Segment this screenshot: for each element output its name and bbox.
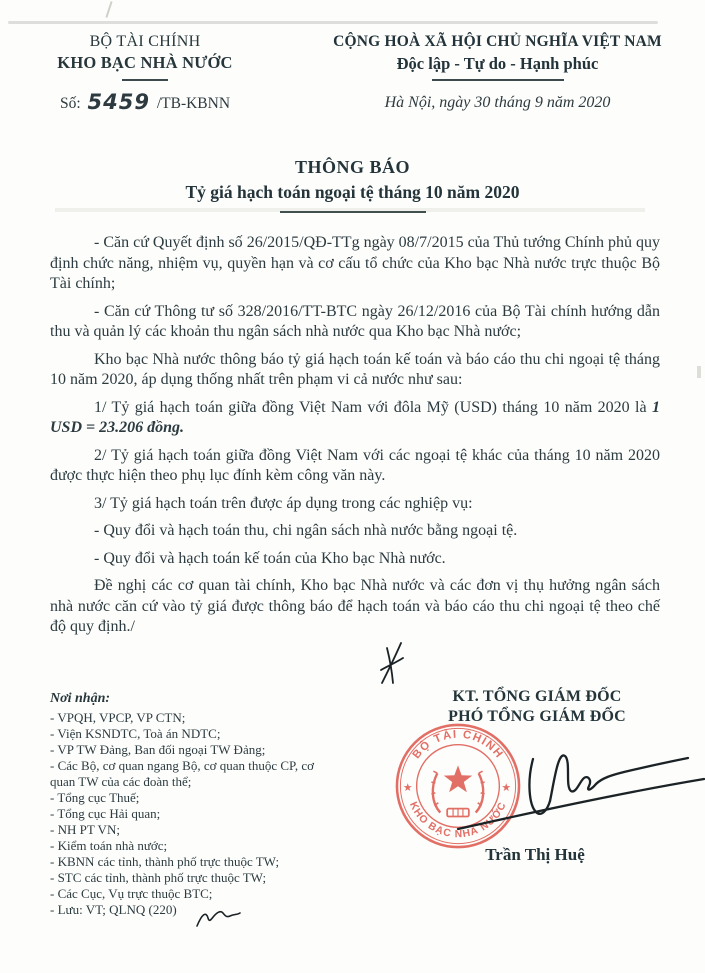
recipient-item: - VP TW Đảng, Ban đối ngoại TW Đảng; xyxy=(50,742,342,758)
document-title: THÔNG BÁO xyxy=(0,157,705,178)
recipient-item: - VPQH, VPCP, VP CTN; xyxy=(50,710,342,726)
document-number-line: Số: 5459 /TB-KBNN xyxy=(0,90,290,114)
document-number-handwritten: 5459 xyxy=(85,90,153,114)
paragraph-legal-basis-1: - Căn cứ Quyết định số 26/2015/QĐ-TTg ng… xyxy=(50,233,660,295)
scan-artifact-right-mark xyxy=(697,366,701,378)
recipient-item: - Kiểm toán nhà nước; xyxy=(50,838,342,854)
scan-artifact-diagonal-mark xyxy=(105,1,112,18)
handwritten-signature xyxy=(430,737,705,847)
recipient-item: - Viện KSNDTC, Toà án NDTC; xyxy=(50,726,342,742)
scan-artifact-top-line xyxy=(8,21,658,24)
paragraph-legal-basis-2: - Căn cứ Thông tư số 328/2016/TT-BTC ngà… xyxy=(50,302,660,343)
recipient-item: - STC các tỉnh, thành phố trực thuộc TW; xyxy=(50,870,342,886)
document-body: - Căn cứ Quyết định số 26/2015/QĐ-TTg ng… xyxy=(50,233,660,645)
agency-name: KHO BẠC NHÀ NƯỚC xyxy=(0,53,290,73)
document-page: BỘ TÀI CHÍNH KHO BẠC NHÀ NƯỚC Số: 5459 /… xyxy=(0,0,705,973)
paragraph-usd-rate: 1/ Tỷ giá hạch toán giữa đồng Việt Nam v… xyxy=(50,398,660,439)
paragraph-other-currencies: 2/ Tỷ giá hạch toán giữa đồng Việt Nam v… xyxy=(50,446,660,487)
place-and-date: Hà Nội, ngày 30 tháng 9 năm 2020 xyxy=(290,94,705,112)
parent-agency-name: BỘ TÀI CHÍNH xyxy=(0,33,290,51)
document-number-label: Số: xyxy=(60,95,81,112)
recipient-item: - Tổng cục Hải quan; xyxy=(50,806,342,822)
signature-title-block: KT. TỔNG GIÁM ĐỐC PHÓ TỔNG GIÁM ĐỐC xyxy=(392,688,682,726)
recipient-item: - Các Cục, Vụ trực thuộc BTC; xyxy=(50,886,342,902)
usd-rate-prefix: 1/ Tỷ giá hạch toán giữa đồng Việt Nam v… xyxy=(94,399,652,416)
national-motto: Độc lập - Tự do - Hạnh phúc xyxy=(290,54,705,74)
national-title: CỘNG HOÀ XÃ HỘI CHỦ NGHĨA VIỆT NAM xyxy=(290,33,705,51)
paragraph-application-item-1: - Quy đổi và hạch toán thu, chi ngân sác… xyxy=(50,521,660,542)
handwritten-end-flourish xyxy=(379,640,405,686)
paragraph-application: 3/ Tỷ giá hạch toán trên được áp dụng tr… xyxy=(50,494,660,515)
motto-underline xyxy=(432,79,564,81)
national-heading-block: CỘNG HOÀ XÃ HỘI CHỦ NGHĨA VIỆT NAM Độc l… xyxy=(290,33,705,114)
paragraph-announcement: Kho bạc Nhà nước thông báo tỷ giá hạch t… xyxy=(50,350,660,391)
paragraph-closing: Đề nghị các cơ quan tài chính, Kho bạc N… xyxy=(50,576,660,638)
agency-underline xyxy=(122,79,168,81)
recipient-item: - Các Bộ, cơ quan ngang Bộ, cơ quan thuộ… xyxy=(50,758,342,790)
paragraph-application-item-2: - Quy đổi và hạch toán kế toán của Kho b… xyxy=(50,549,660,570)
stamp-star-left: ★ xyxy=(403,781,413,794)
recipients-label: Nơi nhận: xyxy=(50,691,342,707)
handwritten-initials xyxy=(194,906,242,930)
recipients-block: Nơi nhận: - VPQH, VPCP, VP CTN; - Viện K… xyxy=(50,691,342,918)
title-underline xyxy=(280,211,426,213)
document-subtitle: Tỷ giá hạch toán ngoại tệ tháng 10 năm 2… xyxy=(0,182,705,203)
title-block: THÔNG BÁO Tỷ giá hạch toán ngoại tệ thán… xyxy=(0,157,705,213)
document-header: BỘ TÀI CHÍNH KHO BẠC NHÀ NƯỚC Số: 5459 /… xyxy=(0,33,705,114)
recipient-item: - NH PT VN; xyxy=(50,822,342,838)
signer-authority-line1: KT. TỔNG GIÁM ĐỐC xyxy=(392,688,682,706)
recipient-item: - KBNN các tỉnh, thành phố trực thuộc TW… xyxy=(50,854,342,870)
document-number-suffix: /TB-KBNN xyxy=(157,95,230,112)
issuing-agency-block: BỘ TÀI CHÍNH KHO BẠC NHÀ NƯỚC Số: 5459 /… xyxy=(0,33,290,114)
recipient-item: - Tổng cục Thuế; xyxy=(50,790,342,806)
